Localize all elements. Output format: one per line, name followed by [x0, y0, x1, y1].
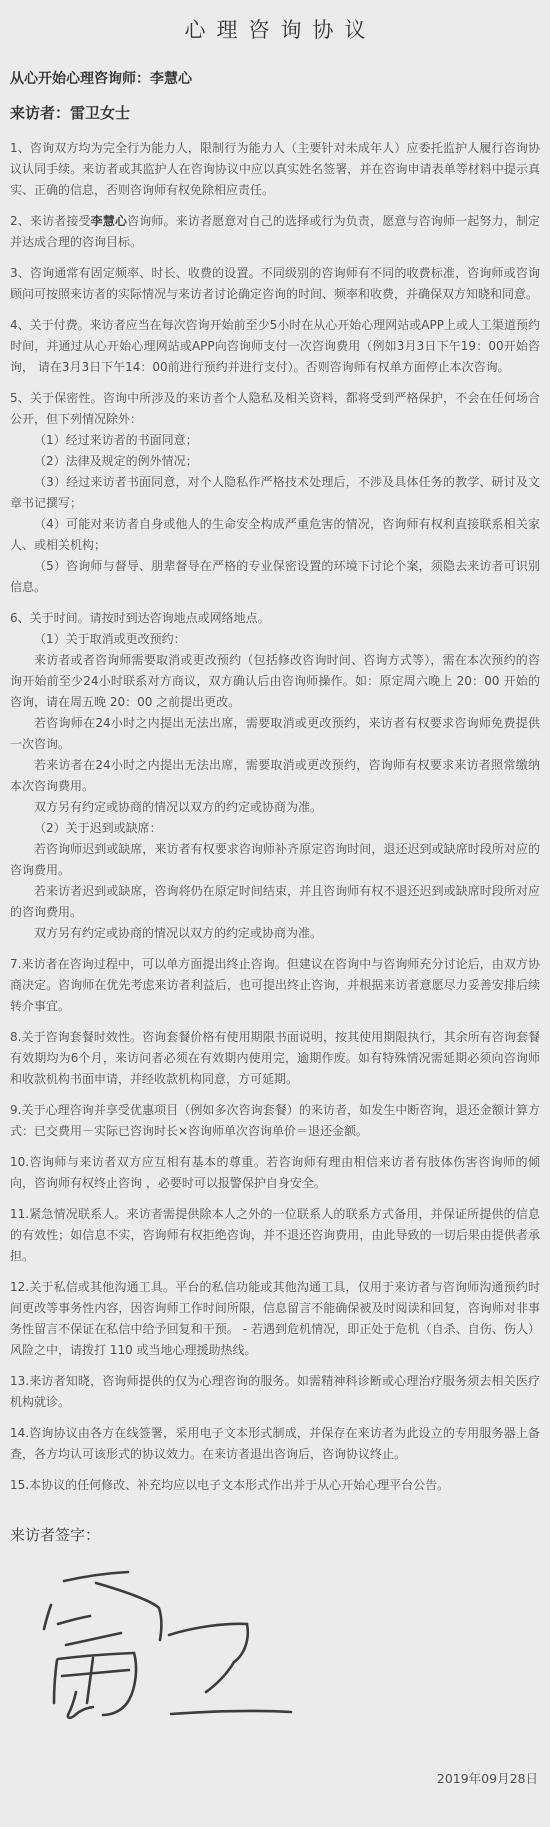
agreement-paragraph: （3）经过来访者书面同意，对个人隐私作严格技术处理后，不涉及具体任务的教学、研讨…: [10, 472, 540, 514]
agreement-paragraph: 7.来访者在咨询过程中，可以单方面提出终止咨询。但建议在咨询中与咨询师充分讨论后…: [10, 954, 540, 1017]
agreement-paragraph: （5）咨询师与督导、朋辈督导在严格的专业保密设置的环境下讨论个案，须隐去来访者可…: [10, 556, 540, 598]
paragraph-text: 若来访者迟到或缺席，咨询将仍在原定时间结束，并且咨询师有权不退还迟到或缺席时段所…: [10, 884, 540, 919]
paragraph-text: （1）经过来访者的书面同意；: [34, 433, 198, 447]
paragraph-text: 2、来访者接受: [10, 214, 91, 228]
agreement-body: 1、咨询双方均为完全行为能力人，限制行为能力人（主要针对未成年人）应委托监护人履…: [10, 138, 540, 1496]
counselor-line: 从心开始心理咨询师：李慧心: [10, 68, 540, 88]
paragraph-text: 来访者或者咨询师需要取消或更改预约（包括修改咨询时间、咨询方式等），需在本次预约…: [10, 653, 540, 709]
agreement-paragraph: 2、来访者接受李慧心咨询师。来访者愿意对自己的选择或行为负责，愿意与咨询师一起努…: [10, 211, 540, 253]
signature-stroke: [171, 1711, 291, 1714]
paragraph-text: 10.咨询师与来访者双方应互相有基本的尊重。若咨询师有理由相信来访者有肢体伤害咨…: [10, 1155, 540, 1190]
agreement-paragraph: 3、咨询通常有固定频率、时长、收费的设置。不同级别的咨询师有不同的收费标准，咨询…: [10, 263, 540, 305]
agreement-paragraph: 6、关于时间。请按时到达咨询地点或网络地点。: [10, 608, 540, 629]
paragraph-text: 4、关于付费。来访者应当在每次咨询开始前至少5小时在从心开始心理网站或APP上或…: [10, 318, 540, 374]
agreement-paragraph: 若咨询师在24小时之内提出无法出席，需要取消或更改预约，来访者有权要求咨询师免费…: [10, 713, 540, 755]
agreement-paragraph: 4、关于付费。来访者应当在每次咨询开始前至少5小时在从心开始心理网站或APP上或…: [10, 315, 540, 378]
paragraph-text: 5、关于保密性。咨询中所涉及的来访者个人隐私及相关资料，都将受到严格保护，不会在…: [10, 391, 540, 426]
agreement-paragraph: 11.紧急情况联系人。来访者需提供除本人之外的一位联系人的联系方式备用，并保证所…: [10, 1204, 540, 1267]
agreement-paragraph: 1、咨询双方均为完全行为能力人，限制行为能力人（主要针对未成年人）应委托监护人履…: [10, 138, 540, 201]
paragraph-text: 3、咨询通常有固定频率、时长、收费的设置。不同级别的咨询师有不同的收费标准，咨询…: [10, 266, 540, 301]
agreement-paragraph: 若来访者迟到或缺席，咨询将仍在原定时间结束，并且咨询师有权不退还迟到或缺席时段所…: [10, 881, 540, 923]
paragraph-text: 若咨询师迟到或缺席，来访者有权要求咨询师补齐原定咨询时间，退还迟到或缺席时段所对…: [10, 842, 540, 877]
agreement-paragraph: 双方另有约定或协商的情况以双方的约定或协商为准。: [10, 923, 540, 944]
paragraph-text: 11.紧急情况联系人。来访者需提供除本人之外的一位联系人的联系方式备用，并保证所…: [10, 1207, 540, 1263]
paragraph-text: 13.来访者知晓，咨询师提供的仅为心理咨询的服务。如需精神科诊断或心理治疗服务须…: [10, 1374, 540, 1409]
agreement-paragraph: 12.关于私信或其他沟通工具。平台的私信功能或其他沟通工具，仅用于来访者与咨询师…: [10, 1277, 540, 1361]
paragraph-text: （5）咨询师与督导、朋辈督导在严格的专业保密设置的环境下讨论个案，须隐去来访者可…: [10, 559, 540, 594]
visitor-signature-image: [20, 1561, 300, 1741]
agreement-paragraph: 15.本协议的任何修改、补充均应以电子文本形式作出并于从心开始心理平台公告。: [10, 1475, 540, 1496]
signature-label: 来访者签字：: [10, 1524, 540, 1545]
agreement-paragraph: （2）法律及规定的例外情况；: [10, 451, 540, 472]
signature-stroke: [64, 1572, 128, 1581]
agreement-paragraph: 若咨询师迟到或缺席，来访者有权要求咨询师补齐原定咨询时间，退还迟到或缺席时段所对…: [10, 839, 540, 881]
agreement-paragraph: 8.关于咨询套餐时效性。咨询套餐价格有使用期限书面说明，按其使用期限执行，其余所…: [10, 1027, 540, 1090]
agreement-paragraph: 10.咨询师与来访者双方应互相有基本的尊重。若咨询师有理由相信来访者有肢体伤害咨…: [10, 1152, 540, 1194]
signature-stroke: [62, 1670, 129, 1676]
agreement-page: 心理咨询协议 从心开始心理咨询师：李慧心 来访者：雷卫女士 1、咨询双方均为完全…: [0, 0, 550, 1827]
paragraph-text: 8.关于咨询套餐时效性。咨询套餐价格有使用期限书面说明，按其使用期限执行，其余所…: [10, 1030, 540, 1086]
counselor-name-bold: 李慧心: [91, 214, 127, 228]
paragraph-text: 14.咨询协议由各方在线签署，采用电子文本形式制成，并保存在来访者为此设立的专用…: [10, 1426, 540, 1461]
agreement-date: 2019年09月28日: [10, 1769, 538, 1787]
paragraph-text: 15.本协议的任何修改、补充均应以电子文本形式作出并于从心开始心理平台公告。: [10, 1478, 449, 1492]
signature-stroke: [206, 1624, 248, 1692]
page-title: 心理咨询协议: [10, 14, 540, 44]
signature-stroke: [66, 1633, 121, 1645]
signature-stroke: [103, 1653, 136, 1715]
paragraph-text: 9.关于心理咨询并享受优惠项目（例如多次咨询套餐）的来访者，如发生中断咨询，退还…: [10, 1103, 540, 1138]
paragraph-text: 1、咨询双方均为完全行为能力人，限制行为能力人（主要针对未成年人）应委托监护人履…: [10, 141, 540, 197]
agreement-paragraph: （4）可能对来访者自身或他人的生命安全构成严重危害的情况，咨询师有权利直接联系相…: [10, 514, 540, 556]
paragraph-text: （4）可能对来访者自身或他人的生命安全构成严重危害的情况，咨询师有权利直接联系相…: [10, 517, 540, 552]
signature-stroke: [58, 1653, 134, 1659]
signature-stroke: [54, 1660, 57, 1703]
agreement-paragraph: 5、关于保密性。咨询中所涉及的来访者个人隐私及相关资料，都将受到严格保护，不会在…: [10, 388, 540, 430]
signature-stroke: [169, 1624, 247, 1635]
signature-stroke: [87, 1658, 93, 1703]
paragraph-text: 12.关于私信或其他沟通工具。平台的私信功能或其他沟通工具，仅用于来访者与咨询师…: [10, 1280, 540, 1357]
paragraph-text: 若来访者在24小时之内提出无法出席，需要取消或更改预约，咨询师有权要求来访者照常…: [10, 758, 540, 793]
paragraph-text: （1）关于取消或更改预约：: [34, 632, 186, 646]
signature-stroke: [58, 1616, 90, 1624]
signature-stroke: [96, 1583, 161, 1640]
agreement-paragraph: （1）经过来访者的书面同意；: [10, 430, 540, 451]
agreement-paragraph: 来访者或者咨询师需要取消或更改预约（包括修改咨询时间、咨询方式等），需在本次预约…: [10, 650, 540, 713]
agreement-paragraph: 双方另有约定或协商的情况以双方的约定或协商为准。: [10, 797, 540, 818]
paragraph-text: 6、关于时间。请按时到达咨询地点或网络地点。: [10, 611, 270, 625]
paragraph-text: （3）经过来访者书面同意，对个人隐私作严格技术处理后，不涉及具体任务的教学、研讨…: [10, 475, 540, 510]
client-line: 来访者：雷卫女士: [10, 102, 540, 123]
agreement-paragraph: （2）关于迟到或缺席：: [10, 818, 540, 839]
paragraph-text: 双方另有约定或协商的情况以双方的约定或协商为准。: [34, 800, 322, 814]
agreement-paragraph: 13.来访者知晓，咨询师提供的仅为心理咨询的服务。如需精神科诊断或心理治疗服务须…: [10, 1371, 540, 1413]
paragraph-text: 若咨询师在24小时之内提出无法出席，需要取消或更改预约，来访者有权要求咨询师免费…: [10, 716, 540, 751]
signature-stroke: [44, 1605, 51, 1629]
paragraph-text: 7.来访者在咨询过程中，可以单方面提出终止咨询。但建议在咨询中与咨询师充分讨论后…: [10, 957, 540, 1013]
agreement-paragraph: 9.关于心理咨询并享受优惠项目（例如多次咨询套餐）的来访者，如发生中断咨询，退还…: [10, 1100, 540, 1142]
agreement-paragraph: 若来访者在24小时之内提出无法出席，需要取消或更改预约，咨询师有权要求来访者照常…: [10, 755, 540, 797]
paragraph-text: （2）关于迟到或缺席：: [34, 821, 162, 835]
paragraph-text: （2）法律及规定的例外情况；: [34, 454, 198, 468]
agreement-paragraph: 14.咨询协议由各方在线签署，采用电子文本形式制成，并保存在来访者为此设立的专用…: [10, 1423, 540, 1465]
paragraph-text: 双方另有约定或协商的情况以双方的约定或协商为准。: [34, 926, 322, 940]
agreement-paragraph: （1）关于取消或更改预约：: [10, 629, 540, 650]
